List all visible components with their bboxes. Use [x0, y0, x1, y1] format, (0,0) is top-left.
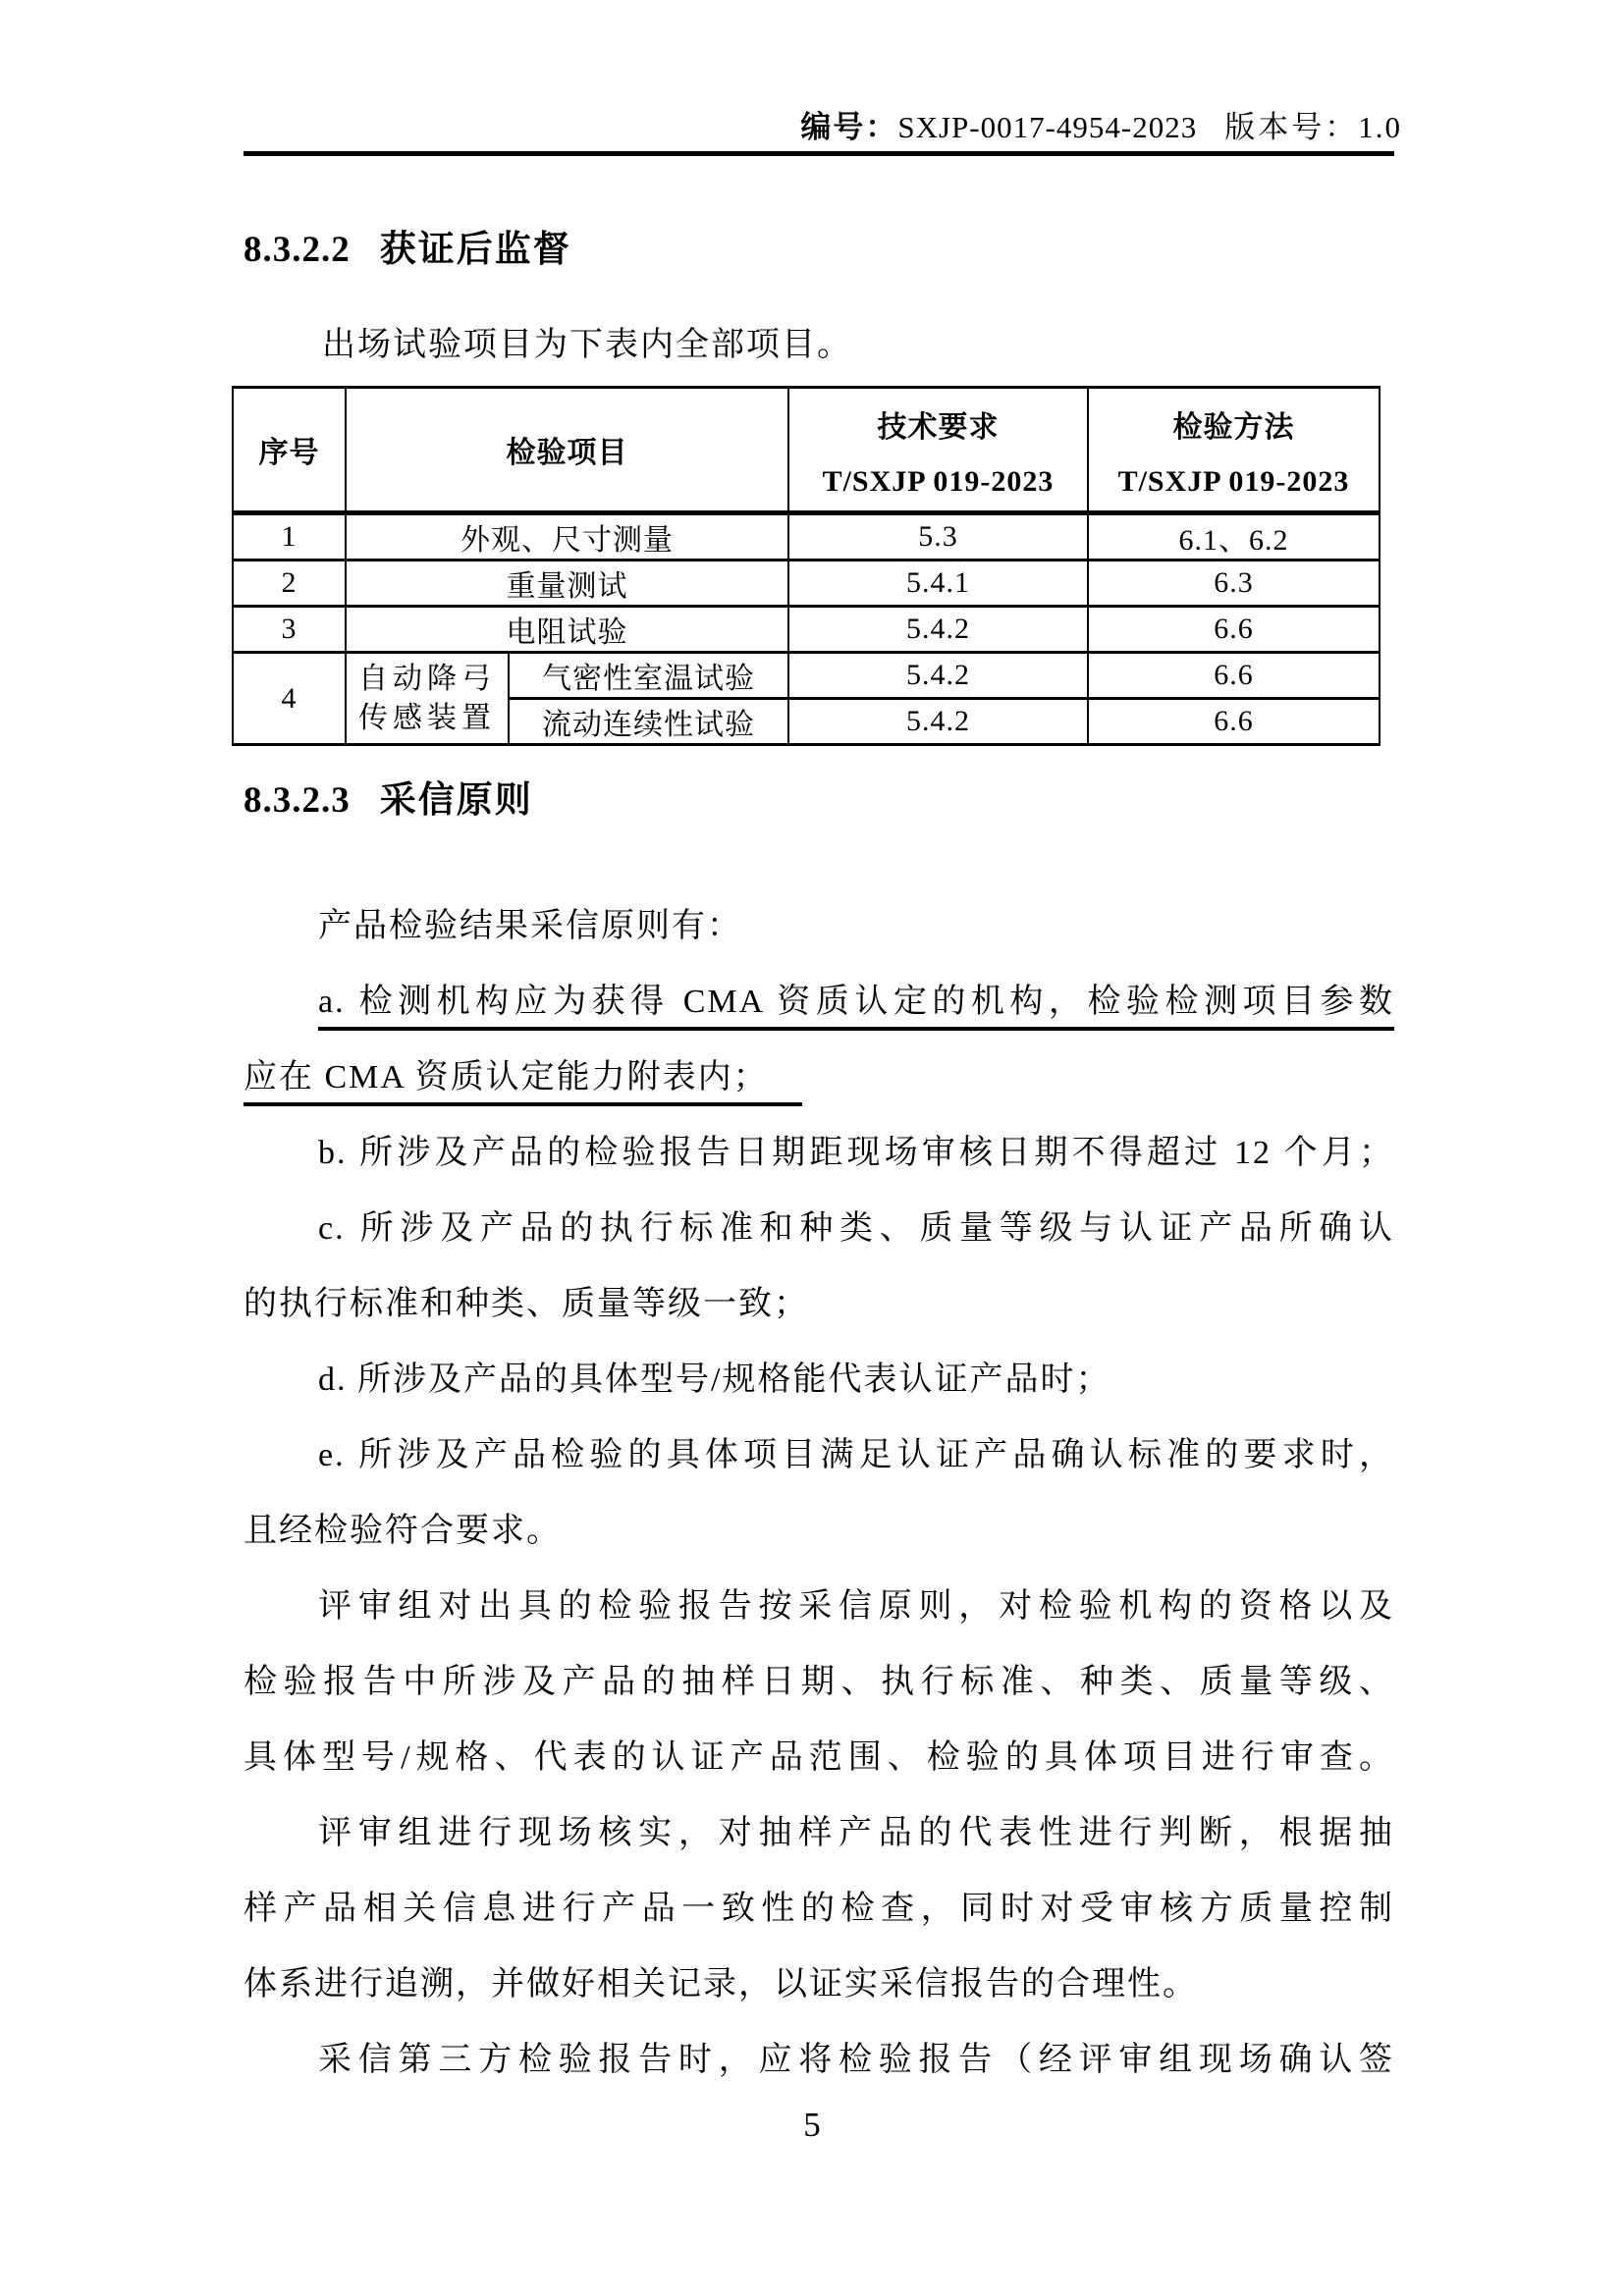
body-line: 采信第三方检验报告时，应将检验报告（经评审组现场确认签	[244, 2022, 1394, 2098]
body-line: 且经检验符合要求。	[244, 1493, 1394, 1569]
group-label-line2: 传感装置	[347, 699, 508, 738]
doc-code: SXJP-0017-4954-2023	[897, 110, 1197, 144]
section-title: 获证后监督	[380, 230, 571, 270]
cell-tech: 5.4.1	[788, 561, 1088, 607]
cell-item-group: 自动降弓 传感装置	[346, 653, 509, 745]
header-cell-item: 检验项目	[346, 388, 788, 513]
body-line: 具体型号/规格、代表的认证产品范围、检验的具体项目进行审查。	[244, 1720, 1394, 1795]
body-line: 样产品相关信息进行产品一致性的检查，同时对受审核方质量控制	[244, 1871, 1394, 1947]
table-row: 4 自动降弓 传感装置 气密性室温试验 5.4.2 6.6	[233, 653, 1380, 699]
section-heading-post-certification-supervision: 8.3.2.2获证后监督	[244, 229, 571, 272]
body-text: 产品检验结果采信原则有： a. 检测机构应为获得 CMA 资质认定的机构，检验检…	[244, 888, 1394, 2098]
table-row: 1 外观、尺寸测量 5.3 6.1、6.2	[233, 513, 1380, 561]
cell-item: 外观、尺寸测量	[346, 513, 788, 561]
cell-tech: 5.4.2	[788, 653, 1088, 699]
cell-method: 6.6	[1088, 607, 1380, 653]
cell-subitem: 气密性室温试验	[509, 653, 788, 699]
body-line: 的执行标准和种类、质量等级一致；	[244, 1266, 1394, 1342]
table-row: 3 电阻试验 5.4.2 6.6	[233, 607, 1380, 653]
body-line: e. 所涉及产品检验的具体项目满足认证产品确认标准的要求时，	[244, 1417, 1394, 1493]
body-line: 体系进行追溯，并做好相关记录，以证实采信报告的合理性。	[244, 1947, 1394, 2022]
section-title: 采信原则	[380, 780, 533, 821]
group-label-line1: 自动降弓	[347, 660, 508, 699]
cell-no: 1	[233, 513, 346, 561]
doc-version-label: 版本号：	[1224, 110, 1358, 144]
cell-item: 电阻试验	[346, 607, 788, 653]
body-line: 产品检验结果采信原则有：	[244, 888, 1394, 964]
header-tech-standard: T/SXJP 019-2023	[789, 465, 1087, 499]
cell-tech: 5.3	[788, 513, 1088, 561]
body-line: d. 所涉及产品的具体型号/规格能代表认证产品时；	[244, 1342, 1394, 1417]
section-heading-acceptance-principles: 8.3.2.3采信原则	[244, 779, 533, 823]
doc-version-value: 1.0	[1358, 110, 1402, 144]
intro-paragraph: 出场试验项目为下表内全部项目。	[322, 324, 852, 367]
body-line: 评审组进行现场核实，对抽样产品的代表性进行判断，根据抽	[244, 1795, 1394, 1871]
doc-code-label: 编号：	[800, 110, 897, 144]
header-tech-title: 技术要求	[789, 402, 1087, 446]
document-header: 编号：SXJP-0017-4954-2023版本号：1.0	[244, 108, 1402, 147]
cell-tech: 5.4.2	[788, 607, 1088, 653]
cell-method: 6.1、6.2	[1088, 513, 1380, 561]
header-method-standard: T/SXJP 019-2023	[1089, 465, 1379, 499]
body-line-underlined: a. 检测机构应为获得 CMA 资质认定的机构，检验检测项目参数	[244, 964, 1394, 1040]
table-row: 2 重量测试 5.4.1 6.3	[233, 561, 1380, 607]
body-line: b. 所涉及产品的检验报告日期距现场审核日期不得超过 12 个月；	[244, 1115, 1394, 1191]
header-cell-tech: 技术要求 T/SXJP 019-2023	[788, 388, 1088, 513]
body-line: 评审组对出具的检验报告按采信原则，对检验机构的资格以及	[244, 1569, 1394, 1644]
cell-item: 重量测试	[346, 561, 788, 607]
header-cell-method: 检验方法 T/SXJP 019-2023	[1088, 388, 1380, 513]
body-line: c. 所涉及产品的执行标准和种类、质量等级与认证产品所确认	[244, 1191, 1394, 1266]
body-line: 检验报告中所涉及产品的抽样日期、执行标准、种类、质量等级、	[244, 1644, 1394, 1720]
test-items-table: 序号 检验项目 技术要求 T/SXJP 019-2023 检验方法 T/SXJP…	[232, 386, 1380, 746]
header-method-title: 检验方法	[1089, 402, 1379, 446]
header-cell-no: 序号	[233, 388, 346, 513]
cell-no: 2	[233, 561, 346, 607]
header-divider-rule	[244, 151, 1394, 156]
page-number: 5	[0, 2106, 1624, 2145]
cell-subitem: 流动连续性试验	[509, 699, 788, 745]
cell-method: 6.3	[1088, 561, 1380, 607]
body-line-underlined: 应在 CMA 资质认定能力附表内；	[244, 1040, 1394, 1115]
cell-no: 4	[233, 653, 346, 745]
table-header-row: 序号 检验项目 技术要求 T/SXJP 019-2023 检验方法 T/SXJP…	[233, 388, 1380, 513]
cell-no: 3	[233, 607, 346, 653]
section-number: 8.3.2.2	[244, 230, 351, 270]
cell-tech: 5.4.2	[788, 699, 1088, 745]
cell-method: 6.6	[1088, 699, 1380, 745]
section-number: 8.3.2.3	[244, 780, 351, 821]
document-page: 编号：SXJP-0017-4954-2023版本号：1.0 8.3.2.2获证后…	[0, 0, 1624, 2296]
cell-method: 6.6	[1088, 653, 1380, 699]
